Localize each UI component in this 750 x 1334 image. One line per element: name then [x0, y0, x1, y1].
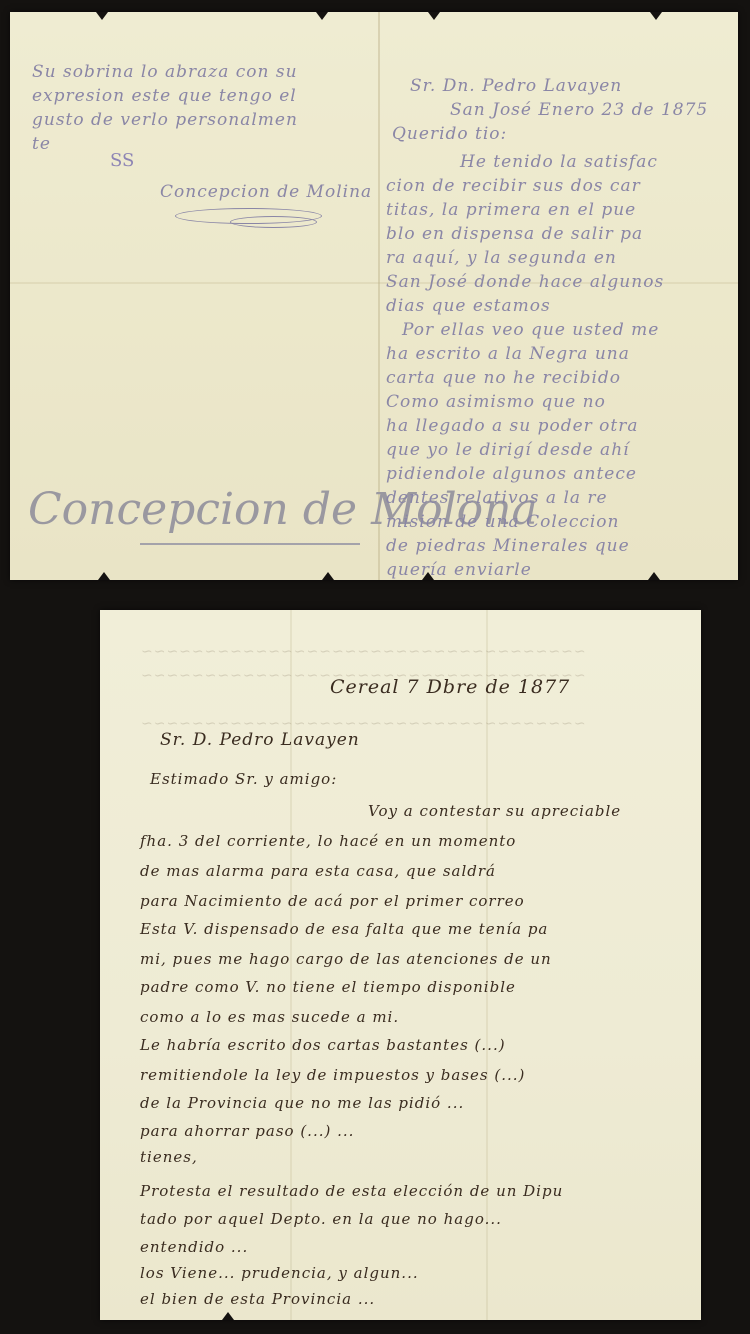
text-line: de mas alarma para esta casa, que saldrá: [140, 862, 496, 880]
text-line: entendido ...: [140, 1238, 248, 1256]
text-line: que yo le dirigí desde ahí: [386, 440, 630, 460]
letter-bottom-sheet: ~~~~~~~~~~~~~~~~~~~~~~~~~~~~~~~~~~~ ~~~~…: [100, 610, 701, 1320]
text-line: de piedras Minerales que: [386, 536, 630, 556]
text-line: Voy a contestar su apreciable: [368, 802, 621, 820]
text-line: tado por aquel Depto. en la que no hago.…: [140, 1210, 502, 1228]
text-line: Protesta el resultado de esta elección d…: [140, 1182, 563, 1200]
text-line: carta que no he recibido: [386, 368, 621, 388]
text-line: remitiendole la ley de impuestos y bases…: [140, 1066, 525, 1084]
text-line: Esta V. dispensado de esa falta que me t…: [140, 920, 548, 938]
text-line: tienes,: [140, 1148, 198, 1166]
text-line: padre como V. no tiene el tiempo disponi…: [140, 978, 516, 996]
text-line: Le habría escrito dos cartas bastantes (…: [140, 1036, 506, 1054]
text-line: como a lo es mas sucede a mi.: [140, 1008, 399, 1026]
text-line: San José donde hace algunos: [386, 272, 664, 292]
annotation-underline: [140, 543, 360, 545]
bleed-through: ~~~~~~~~~~~~~~~~~~~~~~~~~~~~~~~~~~~: [140, 644, 586, 660]
text-line: mi, pues me hago cargo de las atenciones…: [140, 950, 552, 968]
signature-flourish: [230, 216, 317, 228]
text-line: para Nacimiento de acá por el primer cor…: [140, 892, 525, 910]
place-date: San José Enero 23 de 1875: [450, 100, 708, 120]
salutation: Querido tio:: [392, 124, 507, 144]
text-line: Por ellas veo que usted me: [402, 320, 659, 340]
letter-top-left-page: Su sobrina lo abraza con su expresion es…: [10, 12, 378, 580]
text-line: expresion este que tengo el: [32, 86, 297, 106]
text-line: gusto de verlo personalmen: [32, 110, 298, 130]
text-line: el bien de esta Provincia ...: [140, 1290, 375, 1308]
text-line: los Viene... prudencia, y algun...: [140, 1264, 419, 1282]
text-line: pidiendole algunos antece: [386, 464, 637, 484]
letter-top-right-page: Sr. Dn. Pedro Lavayen San José Enero 23 …: [380, 12, 738, 580]
text-line: para ahorrar paso (...) ...: [140, 1122, 354, 1140]
text-line: ra aquí, y la segunda en: [386, 248, 617, 268]
text-line: ha escrito a la Negra una: [386, 344, 630, 364]
text-line: Su sobrina lo abraza con su: [32, 62, 298, 82]
addressee: Sr. D. Pedro Lavayen: [160, 730, 360, 750]
text-line: blo en dispensa de salir pa: [386, 224, 643, 244]
text-line: quería enviarle: [386, 560, 532, 580]
text-line: He tenido la satisfac: [460, 152, 658, 172]
text-line: dias que estamos: [386, 296, 551, 316]
text-line: fha. 3 del corriente, lo hacé en un mome…: [140, 832, 516, 850]
signature: Concepcion de Molina: [160, 182, 372, 202]
text-line: Como asimismo que no: [386, 392, 606, 412]
paper-notch: [222, 1312, 234, 1320]
letter-top-sheet: Su sobrina lo abraza con su expresion es…: [10, 12, 738, 580]
text-line: dentes relativos a la re: [386, 488, 608, 508]
text-line: te: [32, 134, 51, 154]
text-line: cion de recibir sus dos car: [386, 176, 641, 196]
addressee: Sr. Dn. Pedro Lavayen: [410, 76, 622, 96]
salutation: Estimado Sr. y amigo:: [150, 770, 337, 788]
text-line: ha llegado a su poder otra: [386, 416, 639, 436]
initials-mark: SS: [110, 150, 134, 171]
text-line: mision de una Coleccion: [386, 512, 620, 532]
place-date: Cereal 7 Dbre de 1877: [330, 676, 570, 698]
text-line: de la Provincia que no me las pidió ...: [140, 1094, 464, 1112]
text-line: titas, la primera en el pue: [386, 200, 636, 220]
